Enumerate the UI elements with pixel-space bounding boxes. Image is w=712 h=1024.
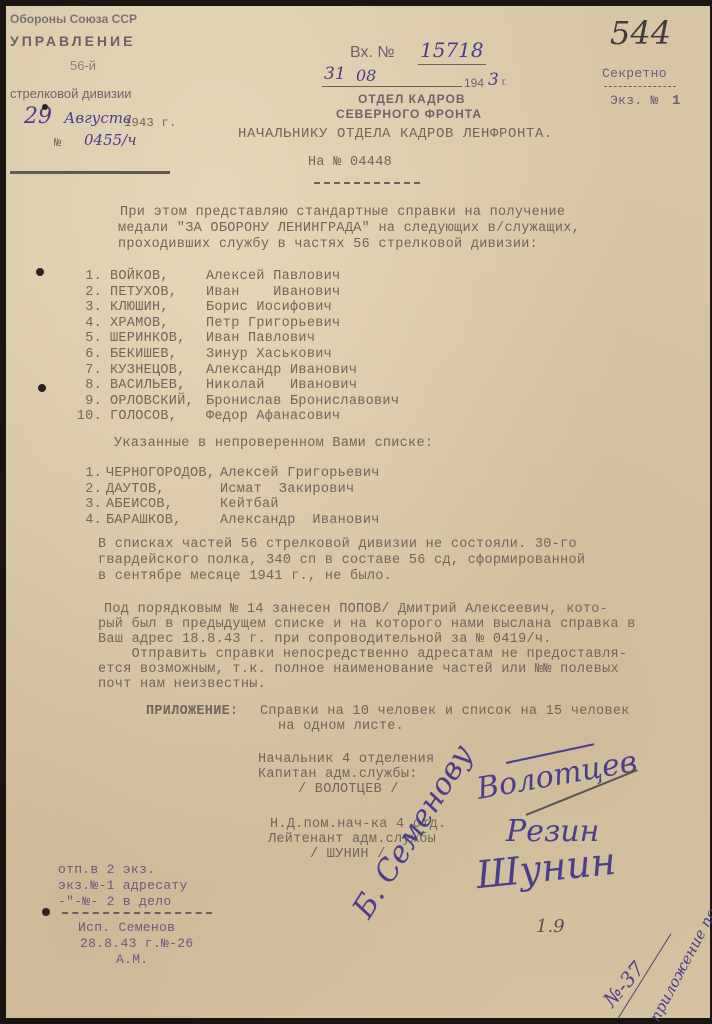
list-item-surname: БЕКИШЕВ, — [110, 347, 177, 362]
incoming-dept-line2: СЕВЕРНОГО ФРОНТА — [336, 107, 482, 121]
incoming-year-handwritten: 3 — [488, 70, 499, 90]
copy-number: 1 — [672, 93, 681, 109]
list-item-surname: КУЗНЕЦОВ, — [110, 363, 186, 378]
units-line-3: в сентябре месяце 1941 г., не было. — [98, 569, 392, 584]
distribution-dashes — [62, 912, 212, 914]
list-item-number: 1. — [44, 466, 102, 481]
list-item-given-names: Федор Афанасович — [206, 409, 340, 424]
handwritten-bottom-note: приложение получил — [646, 864, 712, 1024]
list-item-given-names: Исмат Закирович — [220, 482, 354, 497]
distribution-line-2: экз.№-1 адресату — [58, 878, 188, 893]
ministry-line: Обороны Союза ССР — [10, 12, 137, 26]
list-item-number: 8. — [44, 378, 102, 393]
directorate-title: УПРАВЛЕНИЕ — [10, 33, 135, 49]
list-item-number: 4. — [44, 513, 102, 528]
list-item-surname: ОРЛОВСКИЙ, — [110, 394, 194, 409]
popov-line-4: Отправить справки непосредственно адреса… — [98, 647, 627, 662]
list-item-surname: ЧЕРНОГОРОДОВ, — [106, 466, 215, 481]
list-item-surname: БАРАШКОВ, — [106, 513, 182, 528]
punch-hole-stamp — [42, 104, 48, 110]
incoming-day: 31 — [324, 64, 346, 84]
classification-dashes — [604, 86, 676, 87]
list-item-given-names: Борис Иосифович — [206, 300, 332, 315]
list-item-surname: АБЕИСОВ, — [106, 497, 173, 512]
list-item-given-names: Зинур Хаськович — [206, 347, 332, 362]
list-item-surname: ДАУТОВ, — [106, 482, 165, 497]
signatory-1-signature: Волотцев — [474, 744, 639, 807]
document-page: Обороны Союза ССР УПРАВЛЕНИЕ 56-й стрелк… — [6, 6, 710, 1018]
stamp-reg-prefix: № — [54, 136, 62, 150]
list-item-number: 2. — [44, 285, 102, 300]
copy-label: Экз. № — [610, 93, 659, 108]
incoming-month: 08 — [356, 66, 376, 85]
reference-number: На № 04448 — [308, 155, 392, 170]
handwritten-bottom-number: №-37 — [598, 957, 649, 1012]
list-item-number: 7. — [44, 363, 102, 378]
punch-hole-middle — [38, 384, 46, 392]
list-item-number: 6. — [44, 347, 102, 362]
signatory-1-rank: Капитан адм.службы: — [258, 767, 418, 782]
list-item-given-names: Алексей Григорьевич — [220, 466, 380, 481]
list-item-given-names: Николай Иванович — [206, 378, 357, 393]
list-item-given-names: Иван Павлович — [206, 331, 315, 346]
classification-label: Секретно — [602, 66, 667, 81]
incoming-date-line — [322, 86, 462, 87]
stamp-reg-number: 0455/ч — [84, 131, 137, 149]
list-item-surname: ШЕРИНКОВ, — [110, 331, 186, 346]
list-item-number: 5. — [44, 331, 102, 346]
incoming-number: 15718 — [420, 38, 484, 62]
list-item-given-names: Кейтбай — [220, 497, 279, 512]
popov-line-1: Под порядковым № 14 занесен ПОПОВ/ Дмитр… — [104, 602, 608, 617]
list-item-number: 4. — [44, 316, 102, 331]
intro-line-3: проходивших службу в частях 56 стрелково… — [118, 237, 538, 252]
handwritten-date-note: 1.9 — [536, 916, 565, 937]
list-item-given-names: Иван Иванович — [206, 285, 340, 300]
list-item-given-names: Бронислав Брониславович — [206, 394, 399, 409]
archive-number: 544 — [610, 14, 671, 52]
punch-hole-top — [36, 268, 44, 276]
list-item-surname: КЛЮШИН, — [110, 300, 169, 315]
list-item-surname: ХРАМОВ, — [110, 316, 169, 331]
attachment-label: ПРИЛОЖЕНИЕ: — [146, 704, 238, 719]
list-item-given-names: Александр Иванович — [206, 363, 357, 378]
distribution-line-3: -"-№- 2 в дело — [58, 894, 171, 909]
popov-line-5: ется возможным, т.к. полное наименование… — [98, 662, 619, 677]
incoming-year-printed: 194 — [464, 76, 484, 90]
attachment-line-1: Справки на 10 человек и список на 15 чел… — [260, 704, 630, 719]
stamp-date-year: 1943 г. — [124, 116, 177, 130]
list-item-number: 1. — [44, 269, 102, 284]
list-item-surname: ВОЙКОВ, — [110, 269, 169, 284]
intro-line-2: медали "ЗА ОБОРОНУ ЛЕНИНГРАДА" на следую… — [118, 221, 580, 236]
stamp-underline — [10, 171, 170, 174]
attachment-line-2: на одном листе. — [278, 719, 404, 734]
incoming-dept-line1: ОТДЕЛ КАДРОВ — [358, 92, 466, 106]
incoming-label: Вх. № — [350, 44, 395, 62]
list-item-number: 9. — [44, 394, 102, 409]
executor-date: 28.8.43 г.№-26 — [80, 936, 193, 951]
list-item-given-names: Петр Григорьевич — [206, 316, 340, 331]
list-item-number: 10. — [44, 409, 102, 424]
popov-line-6: почт нам неизвестны. — [98, 677, 266, 692]
list-item-surname: ВАСИЛЬЕВ, — [110, 378, 186, 393]
list-item-surname: ПЕТУХОВ, — [110, 285, 177, 300]
signatory-1-name: / ВОЛОТЦЕВ / — [298, 782, 399, 797]
executor: Исп. Семенов — [78, 920, 175, 935]
units-line-2: гвардейского полка, 340 сп в составе 56 … — [98, 553, 585, 568]
handwritten-extra-signature: Резин — [506, 814, 599, 849]
list-item-given-names: Александр Иванович — [220, 513, 380, 528]
typist-initials: А.М. — [116, 952, 148, 967]
division-name: стрелковой дивизии — [10, 86, 132, 101]
reference-dashes — [314, 182, 420, 184]
distribution-line-1: отп.в 2 экз. — [58, 862, 155, 877]
stamp-date-month: Августа — [64, 109, 132, 127]
list-item-given-names: Алексей Павлович — [206, 269, 340, 284]
signatory-1-position: Начальник 4 отделения — [258, 752, 434, 767]
addressee: НАЧАЛЬНИКУ ОТДЕЛА КАДРОВ ЛЕНФРОНТА. — [238, 126, 553, 142]
list-item-number: 2. — [44, 482, 102, 497]
list-item-number: 3. — [44, 497, 102, 512]
popov-line-3: Ваш адрес 18.8.43 г. при сопроводительно… — [98, 632, 552, 647]
unit-number: 56-й — [70, 58, 96, 73]
incoming-number-line — [418, 64, 486, 65]
popov-line-2: рый был в предыдущем списке и на которог… — [98, 617, 636, 632]
list-item-number: 3. — [44, 300, 102, 315]
intro-line-1: При этом представляю стандартные справки… — [120, 205, 565, 220]
incoming-year-suffix: г. — [502, 77, 507, 88]
punch-hole-bottom — [42, 908, 50, 916]
list-item-surname: ГОЛОСОВ, — [110, 409, 177, 424]
units-line-1: В списках частей 56 стрелковой дивизии н… — [98, 537, 577, 552]
listed-heading: Указанные в непроверенном Вами списке: — [114, 436, 433, 451]
